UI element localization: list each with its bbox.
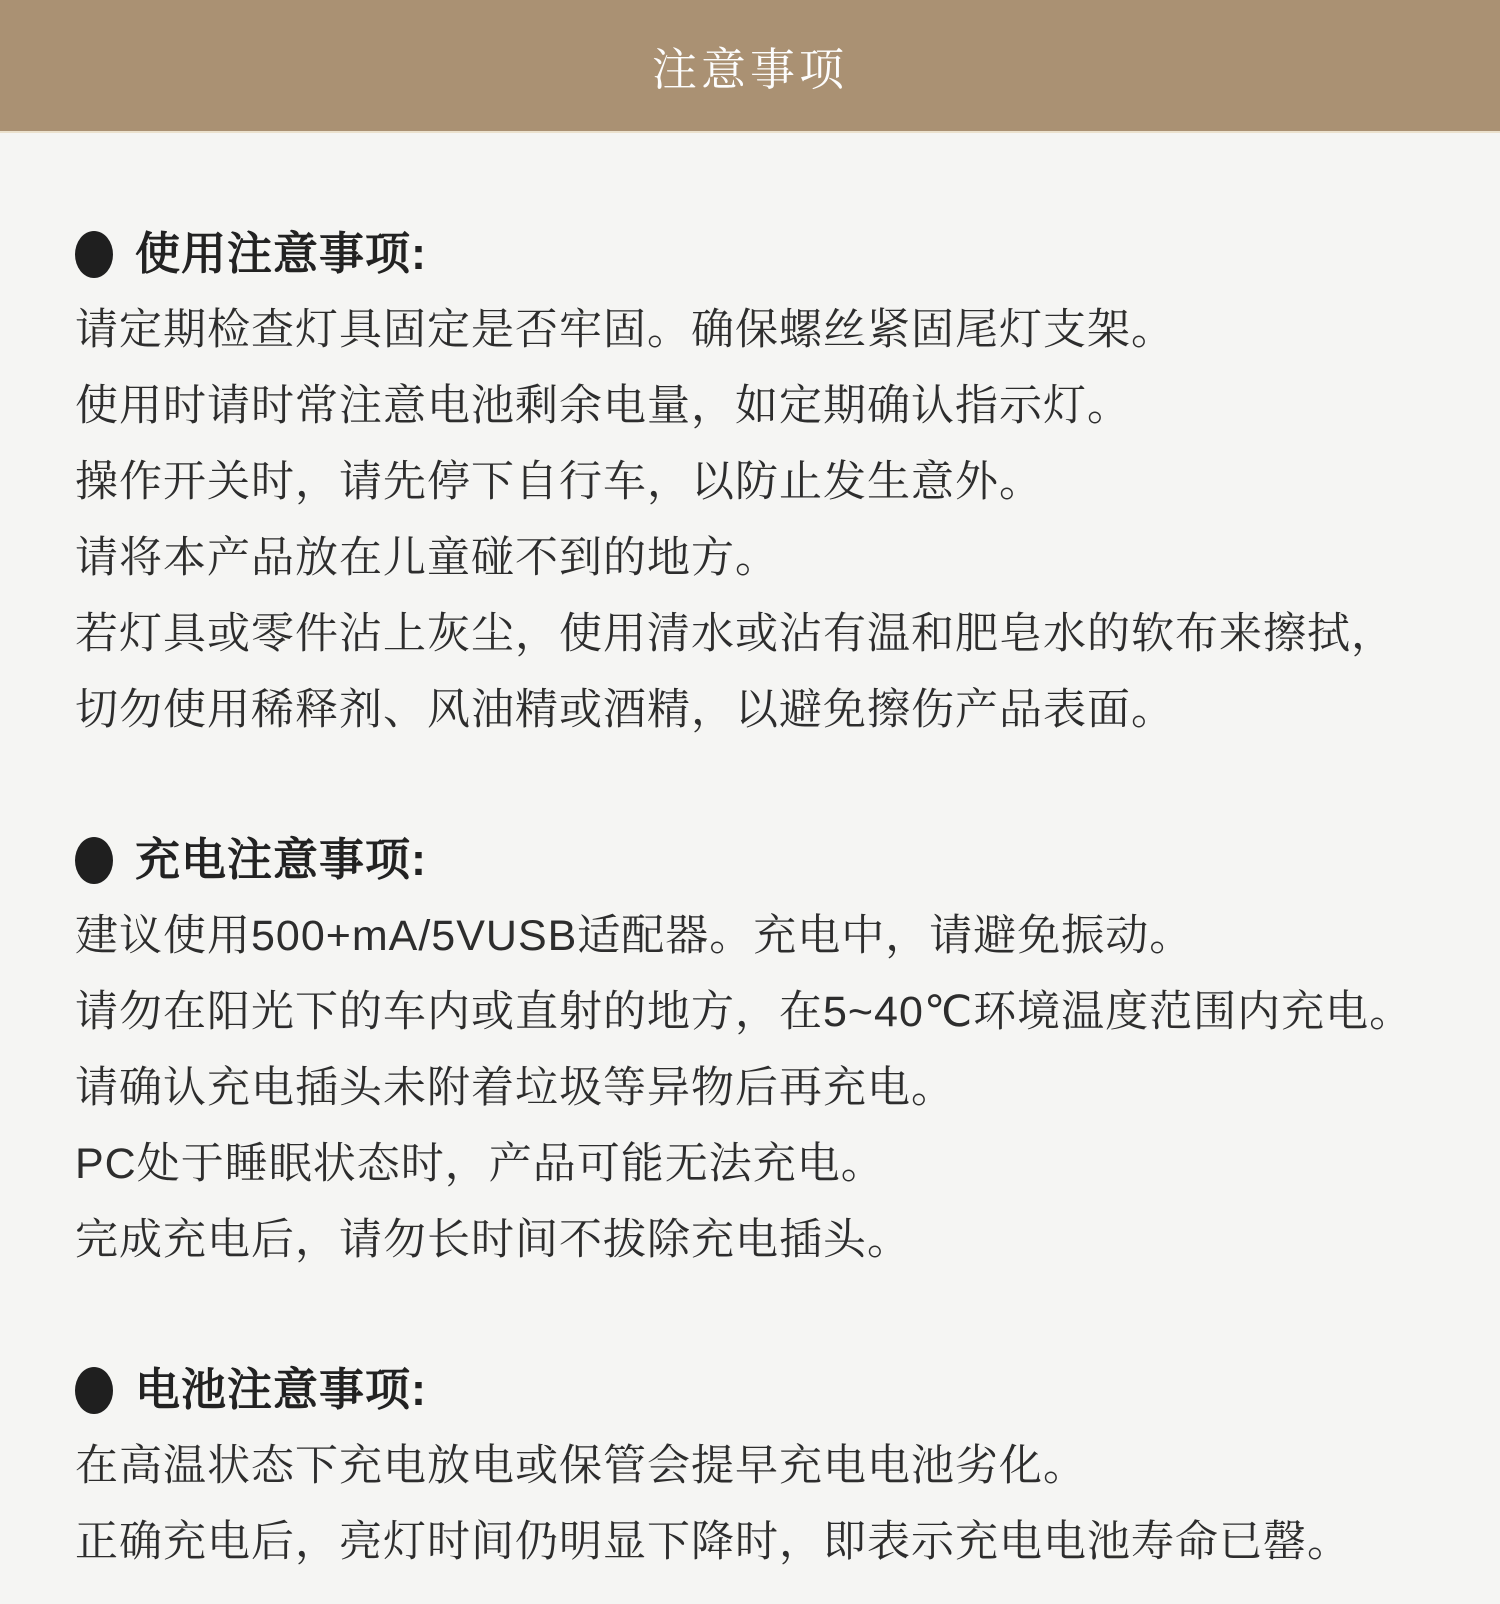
- section-heading: 充电注意事项:: [75, 822, 1440, 898]
- body-line: 若灯具或零件沾上灰尘，使用清水或沾有温和肥皂水的软布来擦拭，: [75, 596, 1440, 672]
- body-line: 完成充电后，请勿长时间不拔除充电插头。: [75, 1202, 1440, 1278]
- section-heading-text: 充电注意事项:: [135, 822, 427, 898]
- body-line: 使用时请时常注意电池剩余电量，如定期确认指示灯。: [75, 368, 1440, 444]
- section-heading: 电池注意事项:: [75, 1352, 1440, 1428]
- body-line: 建议使用500+mA/5VUSB适配器。充电中，请避免振动。: [75, 898, 1440, 974]
- precautions-content: 使用注意事项: 请定期检查灯具固定是否牢固。确保螺丝紧固尾灯支架。 使用时请时常…: [0, 133, 1500, 1604]
- body-line: 正确充电后，亮灯时间仍明显下降时，即表示充电电池寿命已罄。: [75, 1504, 1440, 1580]
- bullet-icon: [75, 231, 113, 278]
- page-title: 注意事项: [652, 33, 848, 98]
- section-heading: 使用注意事项:: [75, 216, 1440, 292]
- body-line: 请确认充电插头未附着垃圾等异物后再充电。: [75, 1050, 1440, 1126]
- section-battery-precautions: 电池注意事项: 在高温状态下充电放电或保管会提早充电电池劣化。 正确充电后，亮灯…: [75, 1352, 1440, 1580]
- section-heading-text: 使用注意事项:: [135, 216, 427, 292]
- header-banner: 注意事项: [0, 0, 1500, 133]
- body-line: 请将本产品放在儿童碰不到的地方。: [75, 520, 1440, 596]
- body-line: 操作开关时，请先停下自行车，以防止发生意外。: [75, 444, 1440, 520]
- body-line: 请定期检查灯具固定是否牢固。确保螺丝紧固尾灯支架。: [75, 292, 1440, 368]
- section-heading-text: 电池注意事项:: [135, 1352, 427, 1428]
- body-line: 在高温状态下充电放电或保管会提早充电电池劣化。: [75, 1428, 1440, 1504]
- body-line: 请勿在阳光下的车内或直射的地方，在5~40℃环境温度范围内充电。: [75, 974, 1440, 1050]
- body-line: 切勿使用稀释剂、风油精或酒精，以避免擦伤产品表面。: [75, 672, 1440, 748]
- section-usage-precautions: 使用注意事项: 请定期检查灯具固定是否牢固。确保螺丝紧固尾灯支架。 使用时请时常…: [75, 216, 1440, 748]
- bullet-icon: [75, 1367, 113, 1414]
- body-line: PC处于睡眠状态时，产品可能无法充电。: [75, 1126, 1440, 1202]
- section-charging-precautions: 充电注意事项: 建议使用500+mA/5VUSB适配器。充电中，请避免振动。 请…: [75, 822, 1440, 1278]
- bullet-icon: [75, 837, 113, 884]
